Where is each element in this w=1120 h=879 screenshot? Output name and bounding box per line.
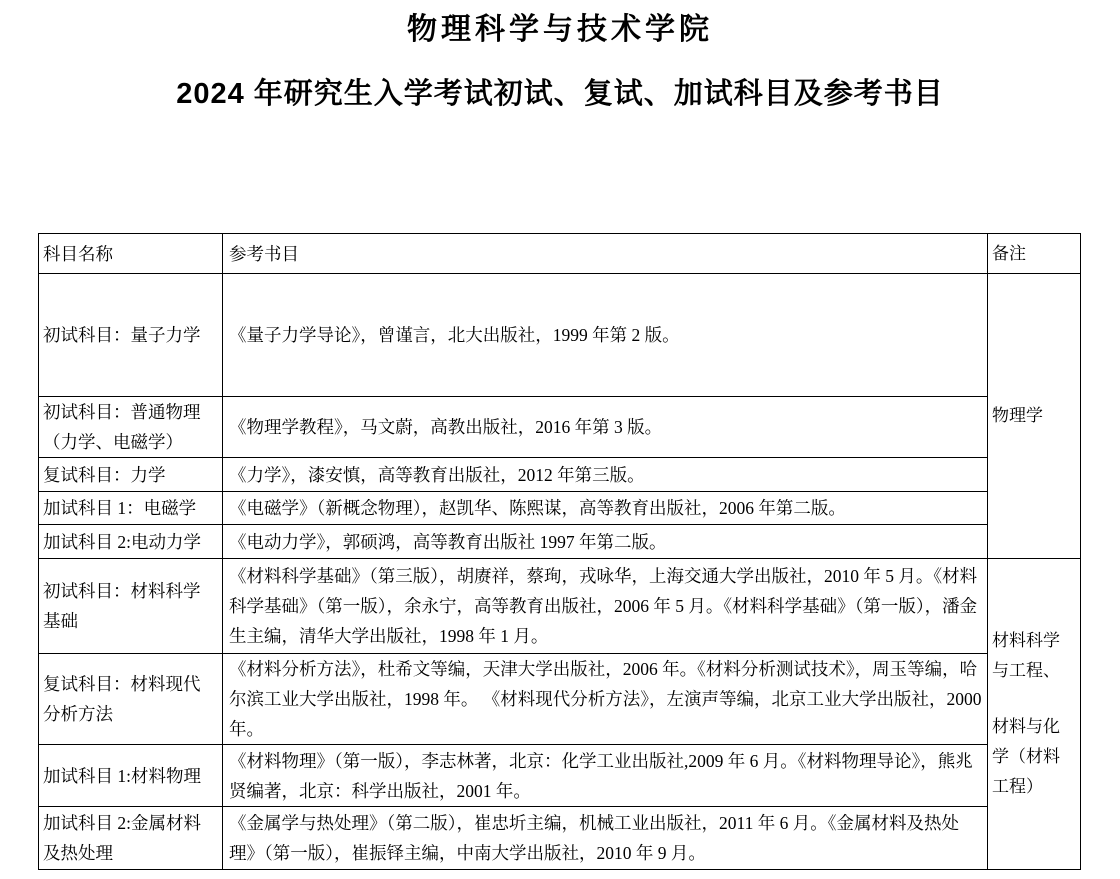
books-cell: 《材料物理》（第一版），李志林著，北京：化学工业出版社,2009 年 6 月。《… — [223, 745, 988, 807]
books-cell: 《材料分析方法》，杜希文等编，天津大学出版社，2006 年。《材料分析测试技术》… — [223, 654, 988, 745]
subject-cell: 加试科目 2:金属材料及热处理 — [39, 807, 223, 870]
subject-cell: 加试科目 1：电磁学 — [39, 492, 223, 525]
reference-books-table: 科目名称 参考书目 备注 初试科目：量子力学 《量子力学导论》，曾谨言，北大出版… — [38, 233, 1081, 870]
books-cell: 《电动力学》，郭硕鸿，高等教育出版社 1997 年第二版。 — [223, 525, 988, 559]
books-cell: 《材料科学基础》（第三版），胡赓祥，蔡珣，戎咏华，上海交通大学出版社，2010 … — [223, 559, 988, 654]
page-subtitle: 2024 年研究生入学考试初试、复试、加试科目及参考书目 — [0, 76, 1120, 112]
page-title: 物理科学与技术学院 — [0, 12, 1120, 48]
subject-cell: 加试科目 1:材料物理 — [39, 745, 223, 807]
subject-cell: 加试科目 2:电动力学 — [39, 525, 223, 559]
subject-cell: 初试科目：量子力学 — [39, 274, 223, 397]
table-row: 初试科目：普通物理（力学、电磁学） 《物理学教程》，马文蔚，高教出版社，2016… — [39, 397, 1081, 458]
books-cell: 《力学》，漆安慎，高等教育出版社，2012 年第三版。 — [223, 458, 988, 492]
subject-cell: 复试科目：材料现代分析方法 — [39, 654, 223, 745]
table-row: 复试科目：材料现代分析方法 《材料分析方法》，杜希文等编，天津大学出版社，200… — [39, 654, 1081, 745]
subject-cell: 初试科目：普通物理（力学、电磁学） — [39, 397, 223, 458]
table-row: 加试科目 1：电磁学 《电磁学》（新概念物理），赵凯华、陈熙谋，高等教育出版社，… — [39, 492, 1081, 525]
document-page: 物理科学与技术学院 2024 年研究生入学考试初试、复试、加试科目及参考书目 科… — [0, 12, 1120, 870]
subject-cell: 复试科目：力学 — [39, 458, 223, 492]
table-row: 加试科目 2:电动力学 《电动力学》，郭硕鸿，高等教育出版社 1997 年第二版… — [39, 525, 1081, 559]
column-header-remarks: 备注 — [988, 234, 1081, 274]
column-header-reference-books: 参考书目 — [223, 234, 988, 274]
books-cell: 《电磁学》（新概念物理），赵凯华、陈熙谋，高等教育出版社，2006 年第二版。 — [223, 492, 988, 525]
remarks-cell-physics: 物理学 — [988, 274, 1081, 559]
remarks-materials-line2: 材料与化学（材料工程） — [992, 712, 1075, 802]
books-cell: 《量子力学导论》，曾谨言，北大出版社，1999 年第 2 版。 — [223, 274, 988, 397]
table-row: 加试科目 2:金属材料及热处理 《金属学与热处理》（第二版），崔忠圻主编，机械工… — [39, 807, 1081, 870]
books-cell: 《金属学与热处理》（第二版），崔忠圻主编，机械工业出版社，2011 年 6 月。… — [223, 807, 988, 870]
books-cell: 《物理学教程》，马文蔚，高教出版社，2016 年第 3 版。 — [223, 397, 988, 458]
table-header-row: 科目名称 参考书目 备注 — [39, 234, 1081, 274]
remarks-cell-materials: 材料科学与工程、 材料与化学（材料工程） — [988, 559, 1081, 870]
table-row: 初试科目：量子力学 《量子力学导论》，曾谨言，北大出版社，1999 年第 2 版… — [39, 274, 1081, 397]
table-row: 复试科目：力学 《力学》，漆安慎，高等教育出版社，2012 年第三版。 — [39, 458, 1081, 492]
table-row: 初试科目：材料科学基础 《材料科学基础》（第三版），胡赓祥，蔡珣，戎咏华，上海交… — [39, 559, 1081, 654]
column-header-subject-name: 科目名称 — [39, 234, 223, 274]
subject-cell: 初试科目：材料科学基础 — [39, 559, 223, 654]
table-row: 加试科目 1:材料物理 《材料物理》（第一版），李志林著，北京：化学工业出版社,… — [39, 745, 1081, 807]
remarks-materials-line1: 材料科学与工程、 — [992, 626, 1075, 686]
